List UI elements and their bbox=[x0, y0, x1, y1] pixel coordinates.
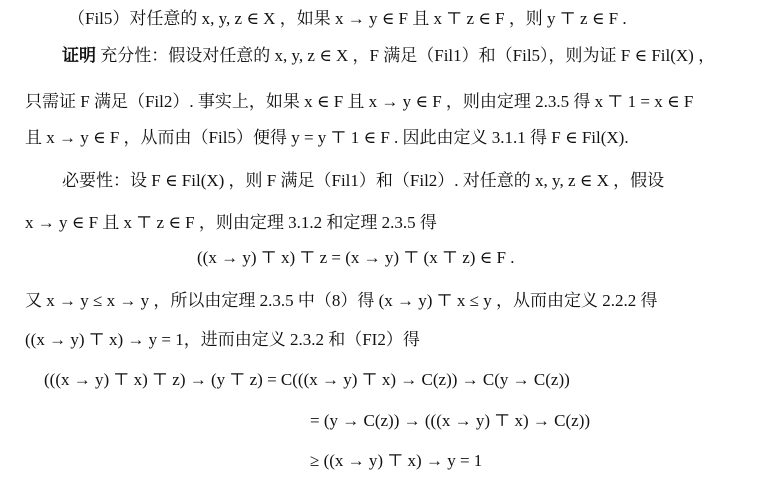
proof-necessity: 必要性：设 F ∈ Fil(X) ，则 F 满足（Fil1）和（Fil2）. 对… bbox=[62, 170, 664, 192]
proof-sufficiency-text: 充分性：假设对任意的 x, y, z ∈ X ，F 满足（Fil1）和（Fil5… bbox=[100, 46, 715, 65]
proof-label: 证明 bbox=[62, 46, 96, 66]
proof-line-6: x → y ∈ F 且 x ⊤ z ∈ F ，则由定理 3.1.2 和定理 2.… bbox=[25, 212, 437, 234]
proof-line-9: ((x → y) ⊤ x) → y = 1，进而由定义 2.3.2 和（FI2）… bbox=[25, 329, 420, 351]
proof-line-3: 只需证 F 满足（Fil2）. 事实上，如果 x ∈ F 且 x → y ∈ F… bbox=[25, 91, 693, 113]
equation-2c: ≥ ((x → y) ⊤ x) → y = 1 bbox=[310, 450, 482, 472]
proof-line-4: 且 x → y ∈ F ，从而由（Fil5）便得 y = y ⊤ 1 ∈ F .… bbox=[25, 127, 629, 149]
fil5-statement: （Fil5）对任意的 x, y, z ∈ X ，如果 x → y ∈ F 且 x… bbox=[68, 8, 627, 30]
equation-2b: = (y → C(z)) → (((x → y) ⊤ x) → C(z)) bbox=[310, 410, 590, 432]
equation-2a: (((x → y) ⊤ x) ⊤ z) → (y ⊤ z) = C(((x → … bbox=[44, 369, 570, 391]
equation-1: ((x → y) ⊤ x) ⊤ z = (x → y) ⊤ (x ⊤ z) ∈ … bbox=[197, 247, 514, 269]
proof-sufficiency: 证明 充分性：假设对任意的 x, y, z ∈ X ，F 满足（Fil1）和（F… bbox=[62, 45, 715, 67]
proof-line-8: 又 x → y ≤ x → y ，所以由定理 2.3.5 中（8）得 (x → … bbox=[25, 290, 657, 312]
